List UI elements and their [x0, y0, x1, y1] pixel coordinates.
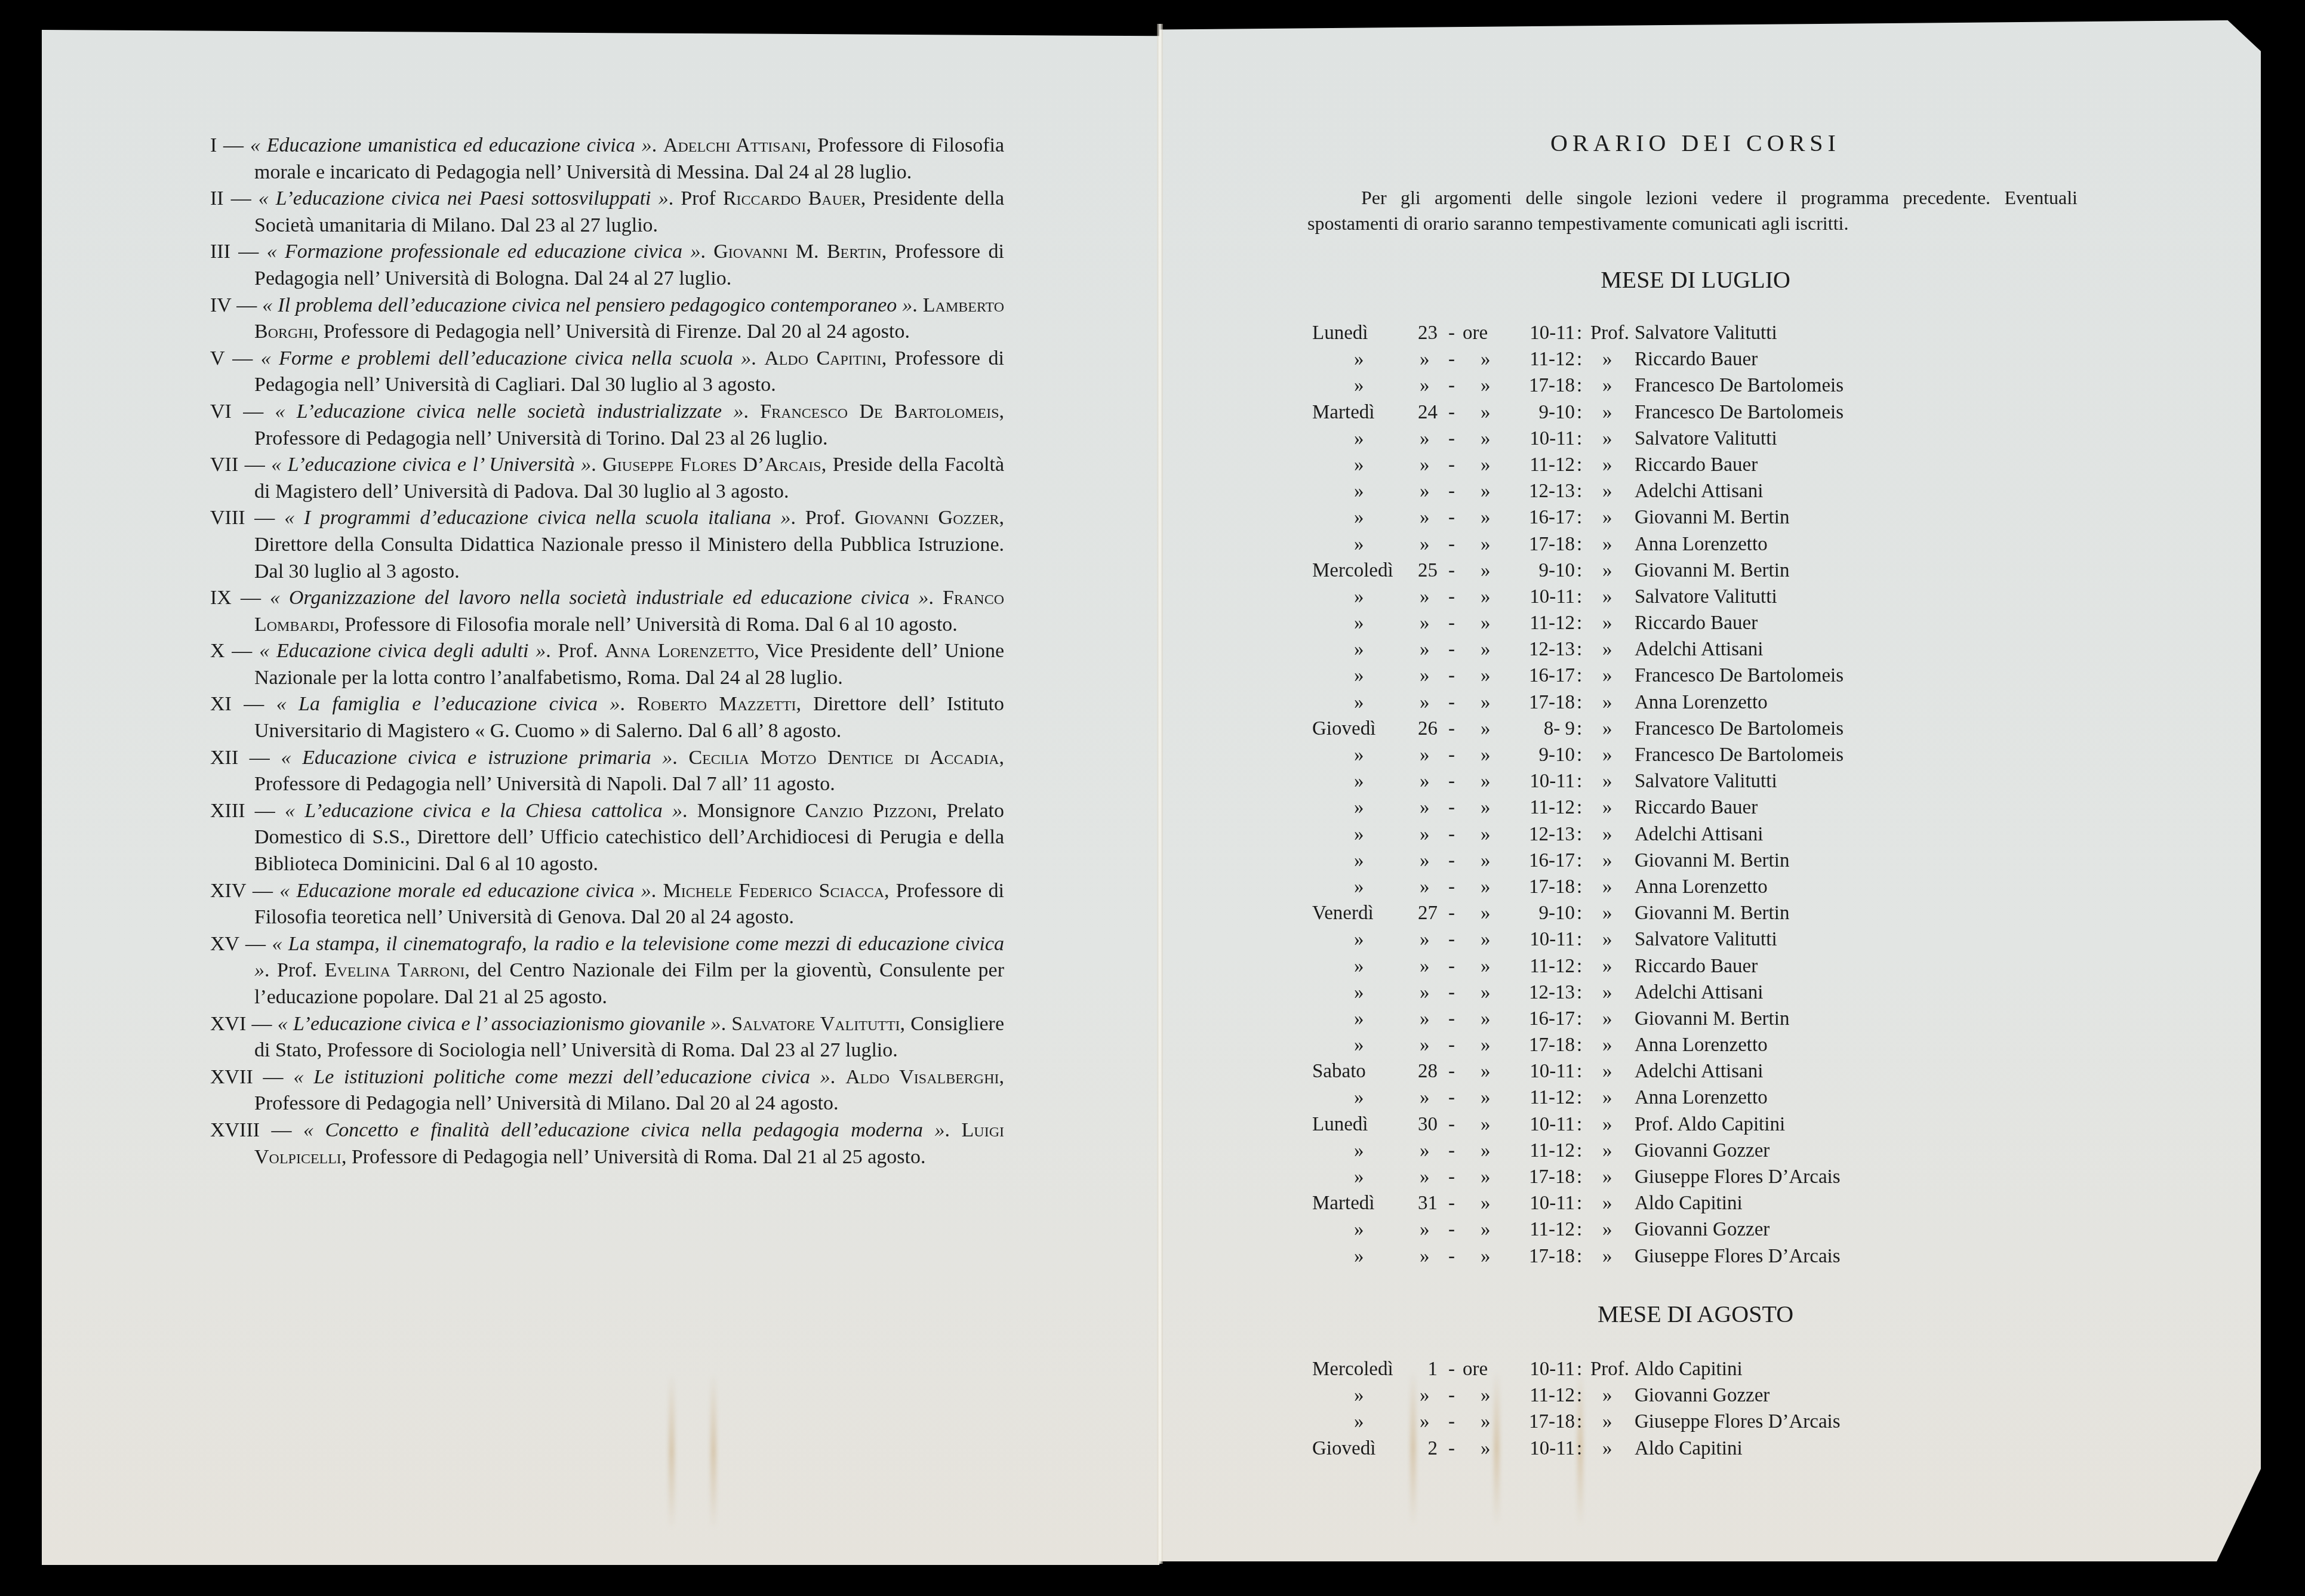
lecturer-name: Adelchi Attisani [663, 134, 806, 156]
title-prefix: » [1602, 349, 1612, 371]
title-prefix: » [1602, 797, 1612, 819]
paper-stain [710, 1374, 716, 1529]
day-cell: Sabato [1312, 1061, 1366, 1083]
course-number: XII — [210, 747, 281, 769]
date-cell: » [1420, 1385, 1430, 1407]
center-fold [1157, 24, 1163, 1564]
day-cell: » [1354, 375, 1364, 397]
title-prefix: » [1602, 850, 1612, 872]
lecturer-name: Giuseppe Flores D’Arcais [1635, 1246, 1841, 1268]
separator: - [1448, 771, 1455, 793]
course-description: , Professore di Pedagogia nell’ Universi… [313, 321, 910, 343]
lecturer-name: Giovanni Gozzer [1635, 1140, 1769, 1162]
day-cell: » [1354, 956, 1364, 978]
hour-label: » [1481, 1219, 1491, 1241]
lecturer-name: Adelchi Attisani [1635, 639, 1763, 661]
colon: : [1577, 1034, 1582, 1056]
hour-label: » [1481, 612, 1491, 634]
lecturer-name: Adelchi Attisani [1635, 824, 1763, 846]
day-cell: » [1354, 1385, 1364, 1407]
time-cell: 16-17 [1491, 665, 1575, 687]
colon: : [1577, 1166, 1582, 1188]
lecturer-name: Giovanni M. Bertin [1635, 560, 1789, 582]
hour-label: » [1481, 560, 1491, 582]
separator: - [1448, 507, 1455, 529]
lecturer-name: Francesco De Bartolomeis [1635, 402, 1844, 424]
day-cell: » [1354, 639, 1364, 661]
lecturer-name: Giovanni M. Bertin [1635, 507, 1789, 529]
course-entry: VIII — « I programmi d’educazione civica… [210, 505, 1004, 585]
date-cell: » [1420, 1008, 1430, 1030]
hour-label: » [1481, 1438, 1491, 1460]
time-cell: 9-10 [1491, 560, 1575, 582]
colon: : [1577, 718, 1582, 740]
colon: : [1577, 876, 1582, 898]
course-prefix: . Prof. [791, 507, 855, 529]
separator: - [1448, 428, 1455, 450]
course-prefix: . [929, 587, 943, 609]
course-number: XVII — [210, 1066, 293, 1088]
day-cell: » [1354, 349, 1364, 371]
course-entry: XVI — « L’educazione civica e l’ associa… [210, 1011, 1004, 1064]
date-cell: » [1420, 982, 1430, 1004]
time-cell: 10-11 [1491, 1438, 1575, 1460]
date-cell: » [1420, 534, 1430, 556]
lecturer-name: Anna Lorenzetto [1635, 692, 1768, 714]
month-heading-july: MESE DI LUGLIO [1313, 266, 2078, 294]
separator: - [1448, 956, 1455, 978]
lecturer-name: Evelina Tarroni [325, 959, 465, 981]
course-prefix: . [912, 294, 923, 316]
hour-label: » [1481, 534, 1491, 556]
hour-label: » [1481, 982, 1491, 1004]
lecturer-name: Francesco De Bartolomeis [1635, 718, 1844, 740]
colon: : [1577, 349, 1582, 371]
date-cell: 26 [1408, 718, 1438, 740]
lecturer-name: Michele Federico Sciacca [663, 880, 885, 902]
colon: : [1577, 771, 1582, 793]
course-prefix: . [830, 1066, 845, 1088]
lecturer-name: Roberto Mazzetti [637, 693, 796, 715]
course-entry: VI — « L’educazione civica nelle società… [210, 399, 1004, 452]
course-prefix: . [721, 1013, 732, 1035]
lecturer-name: Adelchi Attisani [1635, 480, 1763, 503]
date-cell: » [1420, 665, 1430, 687]
time-cell: 9-10 [1491, 902, 1575, 925]
lecturer-name: Aldo Capitini [1635, 1358, 1743, 1381]
title-prefix: » [1602, 612, 1612, 634]
title-prefix: » [1602, 982, 1612, 1004]
month-heading-august: MESE DI AGOSTO [1313, 1300, 2078, 1328]
day-cell: » [1354, 507, 1364, 529]
date-cell: » [1420, 744, 1430, 766]
separator: - [1448, 797, 1455, 819]
date-cell: » [1420, 612, 1430, 634]
course-prefix: . [651, 880, 663, 902]
title-prefix: » [1602, 1246, 1612, 1268]
hour-label: » [1481, 665, 1491, 687]
time-cell: 9-10 [1491, 402, 1575, 424]
date-cell: » [1420, 1411, 1430, 1433]
lecturer-name: Riccardo Bauer [1635, 349, 1758, 371]
colon: : [1577, 1061, 1582, 1083]
course-title: « Educazione umanistica ed educazione ci… [250, 134, 652, 156]
hour-label: » [1481, 1061, 1491, 1083]
hour-label: » [1481, 402, 1491, 424]
time-cell: 12-13 [1491, 480, 1575, 503]
colon: : [1577, 850, 1582, 872]
date-cell: » [1420, 1034, 1430, 1056]
date-cell: » [1420, 1166, 1430, 1188]
date-cell: 25 [1408, 560, 1438, 582]
lecturer-name: Giovanni M. Bertin [1635, 850, 1789, 872]
title-prefix: » [1602, 1219, 1612, 1241]
lecturer-name: Salvatore Valitutti [1635, 771, 1777, 793]
course-prefix: . Prof. [546, 640, 605, 662]
time-cell: 16-17 [1491, 1008, 1575, 1030]
time-cell: 17-18 [1491, 1246, 1575, 1268]
lecturer-name: Riccardo Bauer [1635, 956, 1758, 978]
date-cell: 23 [1408, 322, 1438, 344]
date-cell: » [1420, 929, 1430, 951]
course-prefix: . [672, 747, 688, 769]
colon: : [1577, 454, 1582, 476]
date-cell: » [1420, 692, 1430, 714]
separator: - [1448, 850, 1455, 872]
course-entry: IX — « Organizzazione del lavoro nella s… [210, 585, 1004, 638]
time-cell: 17-18 [1491, 375, 1575, 397]
title-prefix: » [1602, 1438, 1612, 1460]
date-cell: » [1420, 1087, 1430, 1109]
colon: : [1577, 1358, 1582, 1381]
course-entry: XIV — « Educazione morale ed educazione … [210, 878, 1004, 931]
date-cell: » [1420, 1219, 1430, 1241]
schedule-title: ORARIO DEI CORSI [1313, 129, 2078, 157]
course-title: « L’educazione civica nelle società indu… [275, 400, 743, 423]
colon: : [1577, 612, 1582, 634]
separator: - [1448, 1034, 1455, 1056]
day-cell: Lunedì [1312, 1114, 1368, 1136]
title-prefix: Prof. [1590, 1358, 1629, 1381]
date-cell: » [1420, 428, 1430, 450]
colon: : [1577, 375, 1582, 397]
course-number: I — [210, 134, 250, 156]
colon: : [1577, 480, 1582, 503]
title-prefix: Prof. [1590, 322, 1629, 344]
colon: : [1577, 586, 1582, 608]
title-prefix: » [1602, 771, 1612, 793]
time-cell: 12-13 [1491, 639, 1575, 661]
course-number: XIV — [210, 880, 279, 902]
course-number: XV — [210, 933, 272, 955]
day-cell: » [1354, 982, 1364, 1004]
separator: - [1448, 560, 1455, 582]
lecturer-name: Giuseppe Flores D’Arcais [1635, 1166, 1841, 1188]
lecturer-name: Giovanni Gozzer [1635, 1219, 1769, 1241]
colon: : [1577, 1114, 1582, 1136]
lecturer-name: Anna Lorenzetto [1635, 876, 1768, 898]
day-cell: » [1354, 534, 1364, 556]
title-prefix: » [1602, 1034, 1612, 1056]
course-number: XVIII — [210, 1119, 303, 1141]
hour-label: » [1481, 718, 1491, 740]
course-title: « La famiglia e l’educazione civica » [276, 693, 620, 715]
course-number: IV — [210, 294, 262, 316]
title-prefix: » [1602, 402, 1612, 424]
title-prefix: » [1602, 956, 1612, 978]
course-prefix: . [743, 400, 760, 423]
title-prefix: » [1602, 744, 1612, 766]
day-cell: » [1354, 771, 1364, 793]
time-cell: 17-18 [1491, 534, 1575, 556]
title-prefix: » [1602, 1008, 1612, 1030]
separator: - [1448, 692, 1455, 714]
course-entry: XV — « La stampa, il cinematografo, la r… [210, 931, 1004, 1011]
day-cell: » [1354, 1140, 1364, 1162]
separator: - [1448, 612, 1455, 634]
separator: - [1448, 1358, 1455, 1381]
separator: - [1448, 982, 1455, 1004]
time-cell: 11-12 [1491, 1385, 1575, 1407]
lecturer-name: Adelchi Attisani [1635, 982, 1763, 1004]
day-cell: » [1354, 744, 1364, 766]
course-prefix: . [751, 347, 764, 369]
lecturer-name: Giovanni M. Bertin [1635, 1008, 1789, 1030]
colon: : [1577, 639, 1582, 661]
time-cell: 11-12 [1491, 1140, 1575, 1162]
course-number: IX — [210, 587, 270, 609]
hour-label: » [1481, 480, 1491, 503]
date-cell: » [1420, 1140, 1430, 1162]
day-cell: » [1354, 929, 1364, 951]
lecturer-name: Francesco De Bartolomeis [1635, 744, 1844, 766]
separator: - [1448, 876, 1455, 898]
hour-label: » [1481, 1385, 1491, 1407]
date-cell: » [1420, 850, 1430, 872]
lecturer-name: Giovanni Gozzer [1635, 1385, 1769, 1407]
lecturer-name: Riccardo Bauer [1635, 797, 1758, 819]
title-prefix: » [1602, 1061, 1612, 1083]
time-cell: 11-12 [1491, 1087, 1575, 1109]
day-cell: Lunedì [1312, 322, 1368, 344]
colon: : [1577, 1140, 1582, 1162]
title-prefix: » [1602, 718, 1612, 740]
date-cell: 28 [1408, 1061, 1438, 1083]
course-number: XVI — [210, 1013, 278, 1035]
lecturer-name: Giovanni M. Bertin [713, 241, 881, 263]
title-prefix: » [1602, 1166, 1612, 1188]
time-cell: 11-12 [1491, 956, 1575, 978]
time-cell: 11-12 [1491, 797, 1575, 819]
day-cell: » [1354, 1034, 1364, 1056]
date-cell: 2 [1408, 1438, 1438, 1460]
day-cell: » [1354, 1411, 1364, 1433]
hour-label: » [1481, 1246, 1491, 1268]
course-description: , Professore di Filosofia morale nell’ U… [334, 614, 958, 636]
course-number: XIII — [210, 800, 285, 822]
colon: : [1577, 1438, 1582, 1460]
time-cell: 10-11 [1491, 428, 1575, 450]
title-prefix: » [1602, 375, 1612, 397]
date-cell: 24 [1408, 402, 1438, 424]
title-prefix: » [1602, 1140, 1612, 1162]
day-cell: » [1354, 1219, 1364, 1241]
time-cell: 17-18 [1491, 1166, 1575, 1188]
course-entry: IV — « Il problema dell’educazione civic… [210, 292, 1004, 346]
course-title: « L’educazione civica e l’ Università » [271, 454, 591, 476]
time-cell: 12-13 [1491, 824, 1575, 846]
lecturer-name: Salvatore Valitutti [1635, 428, 1777, 450]
colon: : [1577, 902, 1582, 925]
hour-label: » [1481, 1140, 1491, 1162]
separator: - [1448, 902, 1455, 925]
lecturer-name: Riccardo Bauer [723, 187, 861, 209]
time-cell: 17-18 [1491, 692, 1575, 714]
course-entry: XVIII — « Concetto e finalità dell’educa… [210, 1117, 1004, 1170]
lecturer-name: Salvatore Valitutti [731, 1013, 900, 1035]
hour-label: » [1481, 744, 1491, 766]
title-prefix: » [1602, 902, 1612, 925]
lecturer-name: Riccardo Bauer [1635, 454, 1758, 476]
hour-label: » [1481, 1008, 1491, 1030]
title-prefix: » [1602, 507, 1612, 529]
time-cell: 10-11 [1491, 586, 1575, 608]
course-prefix: . [652, 134, 663, 156]
time-cell: 11-12 [1491, 612, 1575, 634]
colon: : [1577, 692, 1582, 714]
course-number: VII — [210, 454, 271, 476]
colon: : [1577, 534, 1582, 556]
colon: : [1577, 982, 1582, 1004]
day-cell: » [1354, 665, 1364, 687]
course-title: « Educazione morale ed educazione civica… [279, 880, 651, 902]
day-cell: Giovedì [1312, 718, 1375, 740]
colon: : [1577, 507, 1582, 529]
separator: - [1448, 929, 1455, 951]
hour-label: » [1481, 824, 1491, 846]
date-cell: » [1420, 824, 1430, 846]
colon: : [1577, 824, 1582, 846]
course-title: « Il problema dell’educazione civica nel… [262, 294, 912, 316]
lecturer-name: Salvatore Valitutti [1635, 929, 1777, 951]
lecturer-name: Aldo Capitini [764, 347, 882, 369]
hour-label: » [1481, 1193, 1491, 1215]
separator: - [1448, 718, 1455, 740]
course-title: « Forme e problemi dell’educazione civic… [261, 347, 752, 369]
colon: : [1577, 665, 1582, 687]
schedule-intro: Per gli argomenti delle singole lezioni … [1307, 185, 2078, 236]
hour-label: » [1481, 692, 1491, 714]
day-cell: Mercoledì [1312, 1358, 1393, 1381]
hour-label: » [1481, 349, 1491, 371]
date-cell: 31 [1408, 1193, 1438, 1215]
separator: - [1448, 375, 1455, 397]
course-number: VIII — [210, 507, 284, 529]
course-title: « I programmi d’educazione civica nella … [284, 507, 790, 529]
course-title: « Le istituzioni politiche come mezzi de… [293, 1066, 830, 1088]
lecturer-name: Francesco De Bartolomeis [1635, 375, 1844, 397]
time-cell: 16-17 [1491, 850, 1575, 872]
time-cell: 10-11 [1491, 929, 1575, 951]
time-cell: 10-11 [1491, 771, 1575, 793]
hour-label: » [1481, 454, 1491, 476]
time-cell: 10-11 [1491, 322, 1575, 344]
title-prefix: » [1602, 1114, 1612, 1136]
lecturer-name: Anna Lorenzetto [1635, 534, 1768, 556]
day-cell: » [1354, 612, 1364, 634]
separator: - [1448, 454, 1455, 476]
date-cell: » [1420, 797, 1430, 819]
separator: - [1448, 480, 1455, 503]
lecturer-name: Aldo Capitini [1635, 1193, 1743, 1215]
day-cell: » [1354, 1166, 1364, 1188]
time-cell: 9-10 [1491, 744, 1575, 766]
course-title: « Educazione civica e istruzione primari… [281, 747, 673, 769]
course-title: « Concetto e finalità dell’educazione ci… [303, 1119, 944, 1141]
separator: - [1448, 402, 1455, 424]
title-prefix: » [1602, 639, 1612, 661]
time-cell: 12-13 [1491, 982, 1575, 1004]
date-cell: » [1420, 771, 1430, 793]
course-title: « Formazione professionale ed educazione… [267, 241, 701, 263]
title-prefix: » [1602, 1385, 1612, 1407]
separator: - [1448, 1219, 1455, 1241]
day-cell: » [1354, 480, 1364, 503]
colon: : [1577, 1219, 1582, 1241]
title-prefix: » [1602, 665, 1612, 687]
course-prefix: . [700, 241, 713, 263]
date-cell: 1 [1408, 1358, 1438, 1381]
colon: : [1577, 560, 1582, 582]
colon: : [1577, 929, 1582, 951]
title-prefix: » [1602, 824, 1612, 846]
course-entry: XIII — « L’educazione civica e la Chiesa… [210, 798, 1004, 878]
colon: : [1577, 1246, 1582, 1268]
course-prefix: . [945, 1119, 962, 1141]
colon: : [1577, 1008, 1582, 1030]
day-cell: » [1354, 428, 1364, 450]
separator: - [1448, 1008, 1455, 1030]
lecturer-name: Riccardo Bauer [1635, 612, 1758, 634]
day-cell: » [1354, 824, 1364, 846]
hour-label: ore [1463, 322, 1488, 344]
colon: : [1577, 797, 1582, 819]
lecturer-name: Giuseppe Flores D’Arcais [602, 454, 821, 476]
separator: - [1448, 1061, 1455, 1083]
course-prefix: . Prof. [264, 959, 325, 981]
colon: : [1577, 1087, 1582, 1109]
date-cell: » [1420, 876, 1430, 898]
course-entry: X — « Educazione civica degli adulti ». … [210, 638, 1004, 691]
hour-label: » [1481, 375, 1491, 397]
hour-label: » [1481, 1034, 1491, 1056]
lecturer-name: Cecilia Motzo Dentice di Accadia [688, 747, 999, 769]
separator: - [1448, 824, 1455, 846]
lecturer-name: Francesco De Bartolomeis [760, 400, 999, 423]
hour-label: » [1481, 1087, 1491, 1109]
time-cell: 17-18 [1491, 1411, 1575, 1433]
separator: - [1448, 744, 1455, 766]
lecturer-name: Anna Lorenzetto [1635, 1087, 1768, 1109]
paper-stain [669, 1374, 675, 1529]
course-entry: III — « Formazione professionale ed educ… [210, 239, 1004, 292]
separator: - [1448, 1438, 1455, 1460]
day-cell: » [1354, 876, 1364, 898]
time-cell: 10-11 [1491, 1193, 1575, 1215]
lecturer-name: Canzio Pizzoni [805, 800, 931, 822]
time-cell: 17-18 [1491, 876, 1575, 898]
hour-label: » [1481, 1114, 1491, 1136]
